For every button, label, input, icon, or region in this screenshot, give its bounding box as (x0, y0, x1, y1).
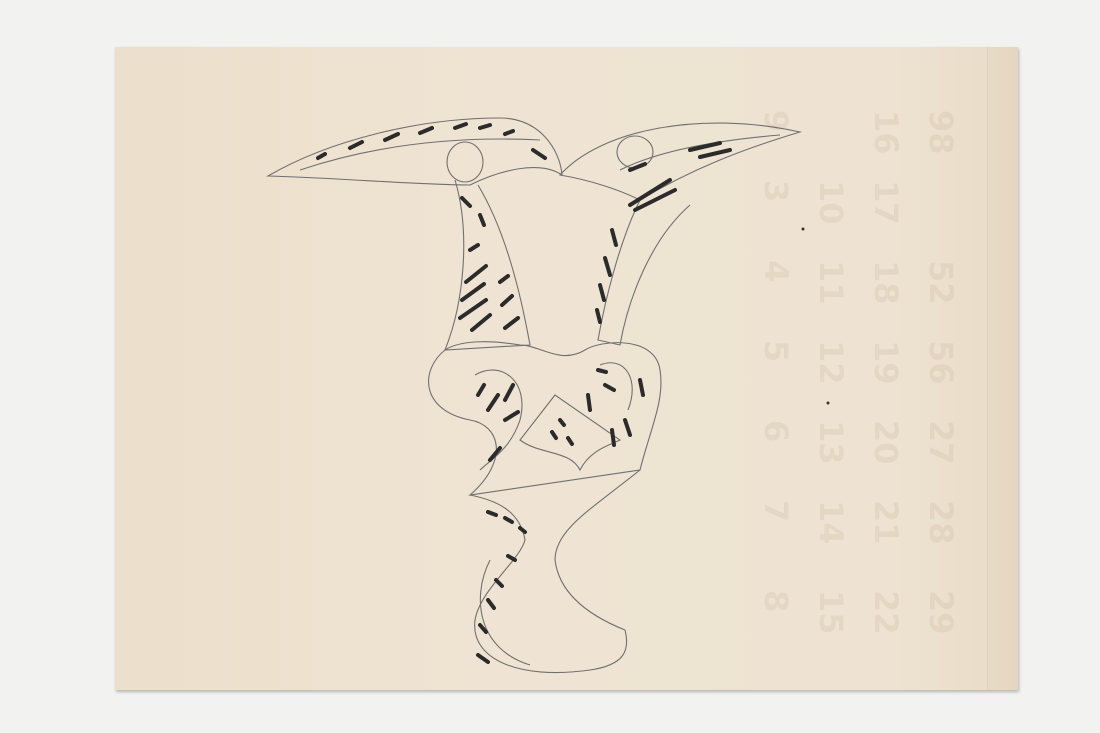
ghost-calendar-numbers: 98 52 56 27 28 29 16 17 18 19 20 21 22 1… (757, 110, 960, 635)
svg-text:15: 15 (812, 590, 850, 635)
svg-text:19: 19 (867, 340, 905, 385)
outline-strokes (268, 118, 800, 673)
svg-text:98: 98 (922, 110, 960, 155)
svg-text:16: 16 (867, 110, 905, 155)
svg-text:4: 4 (757, 260, 795, 282)
svg-text:10: 10 (812, 180, 850, 225)
svg-text:56: 56 (922, 340, 960, 385)
pencil-drawing: 98 52 56 27 28 29 16 17 18 19 20 21 22 1… (115, 47, 1018, 690)
svg-text:3: 3 (757, 180, 795, 202)
svg-text:6: 6 (757, 420, 795, 442)
svg-text:28: 28 (922, 500, 960, 545)
svg-text:20: 20 (867, 420, 905, 465)
dark-hatch-marks (318, 124, 730, 662)
svg-text:11: 11 (812, 260, 850, 305)
svg-text:17: 17 (867, 180, 905, 225)
pencil-dot (827, 402, 830, 405)
svg-text:18: 18 (867, 260, 905, 305)
svg-text:7: 7 (757, 500, 795, 522)
pencil-dot (802, 228, 805, 231)
svg-text:13: 13 (812, 420, 850, 465)
paper-sheet: 98 52 56 27 28 29 16 17 18 19 20 21 22 1… (115, 47, 1018, 690)
svg-text:14: 14 (812, 500, 850, 545)
svg-text:29: 29 (922, 590, 960, 635)
svg-text:27: 27 (922, 420, 960, 465)
svg-text:9: 9 (757, 110, 795, 132)
svg-text:21: 21 (867, 500, 905, 545)
svg-text:22: 22 (867, 590, 905, 635)
svg-text:8: 8 (757, 590, 795, 612)
svg-text:52: 52 (922, 260, 960, 305)
svg-text:12: 12 (812, 340, 850, 385)
svg-text:5: 5 (757, 340, 795, 362)
